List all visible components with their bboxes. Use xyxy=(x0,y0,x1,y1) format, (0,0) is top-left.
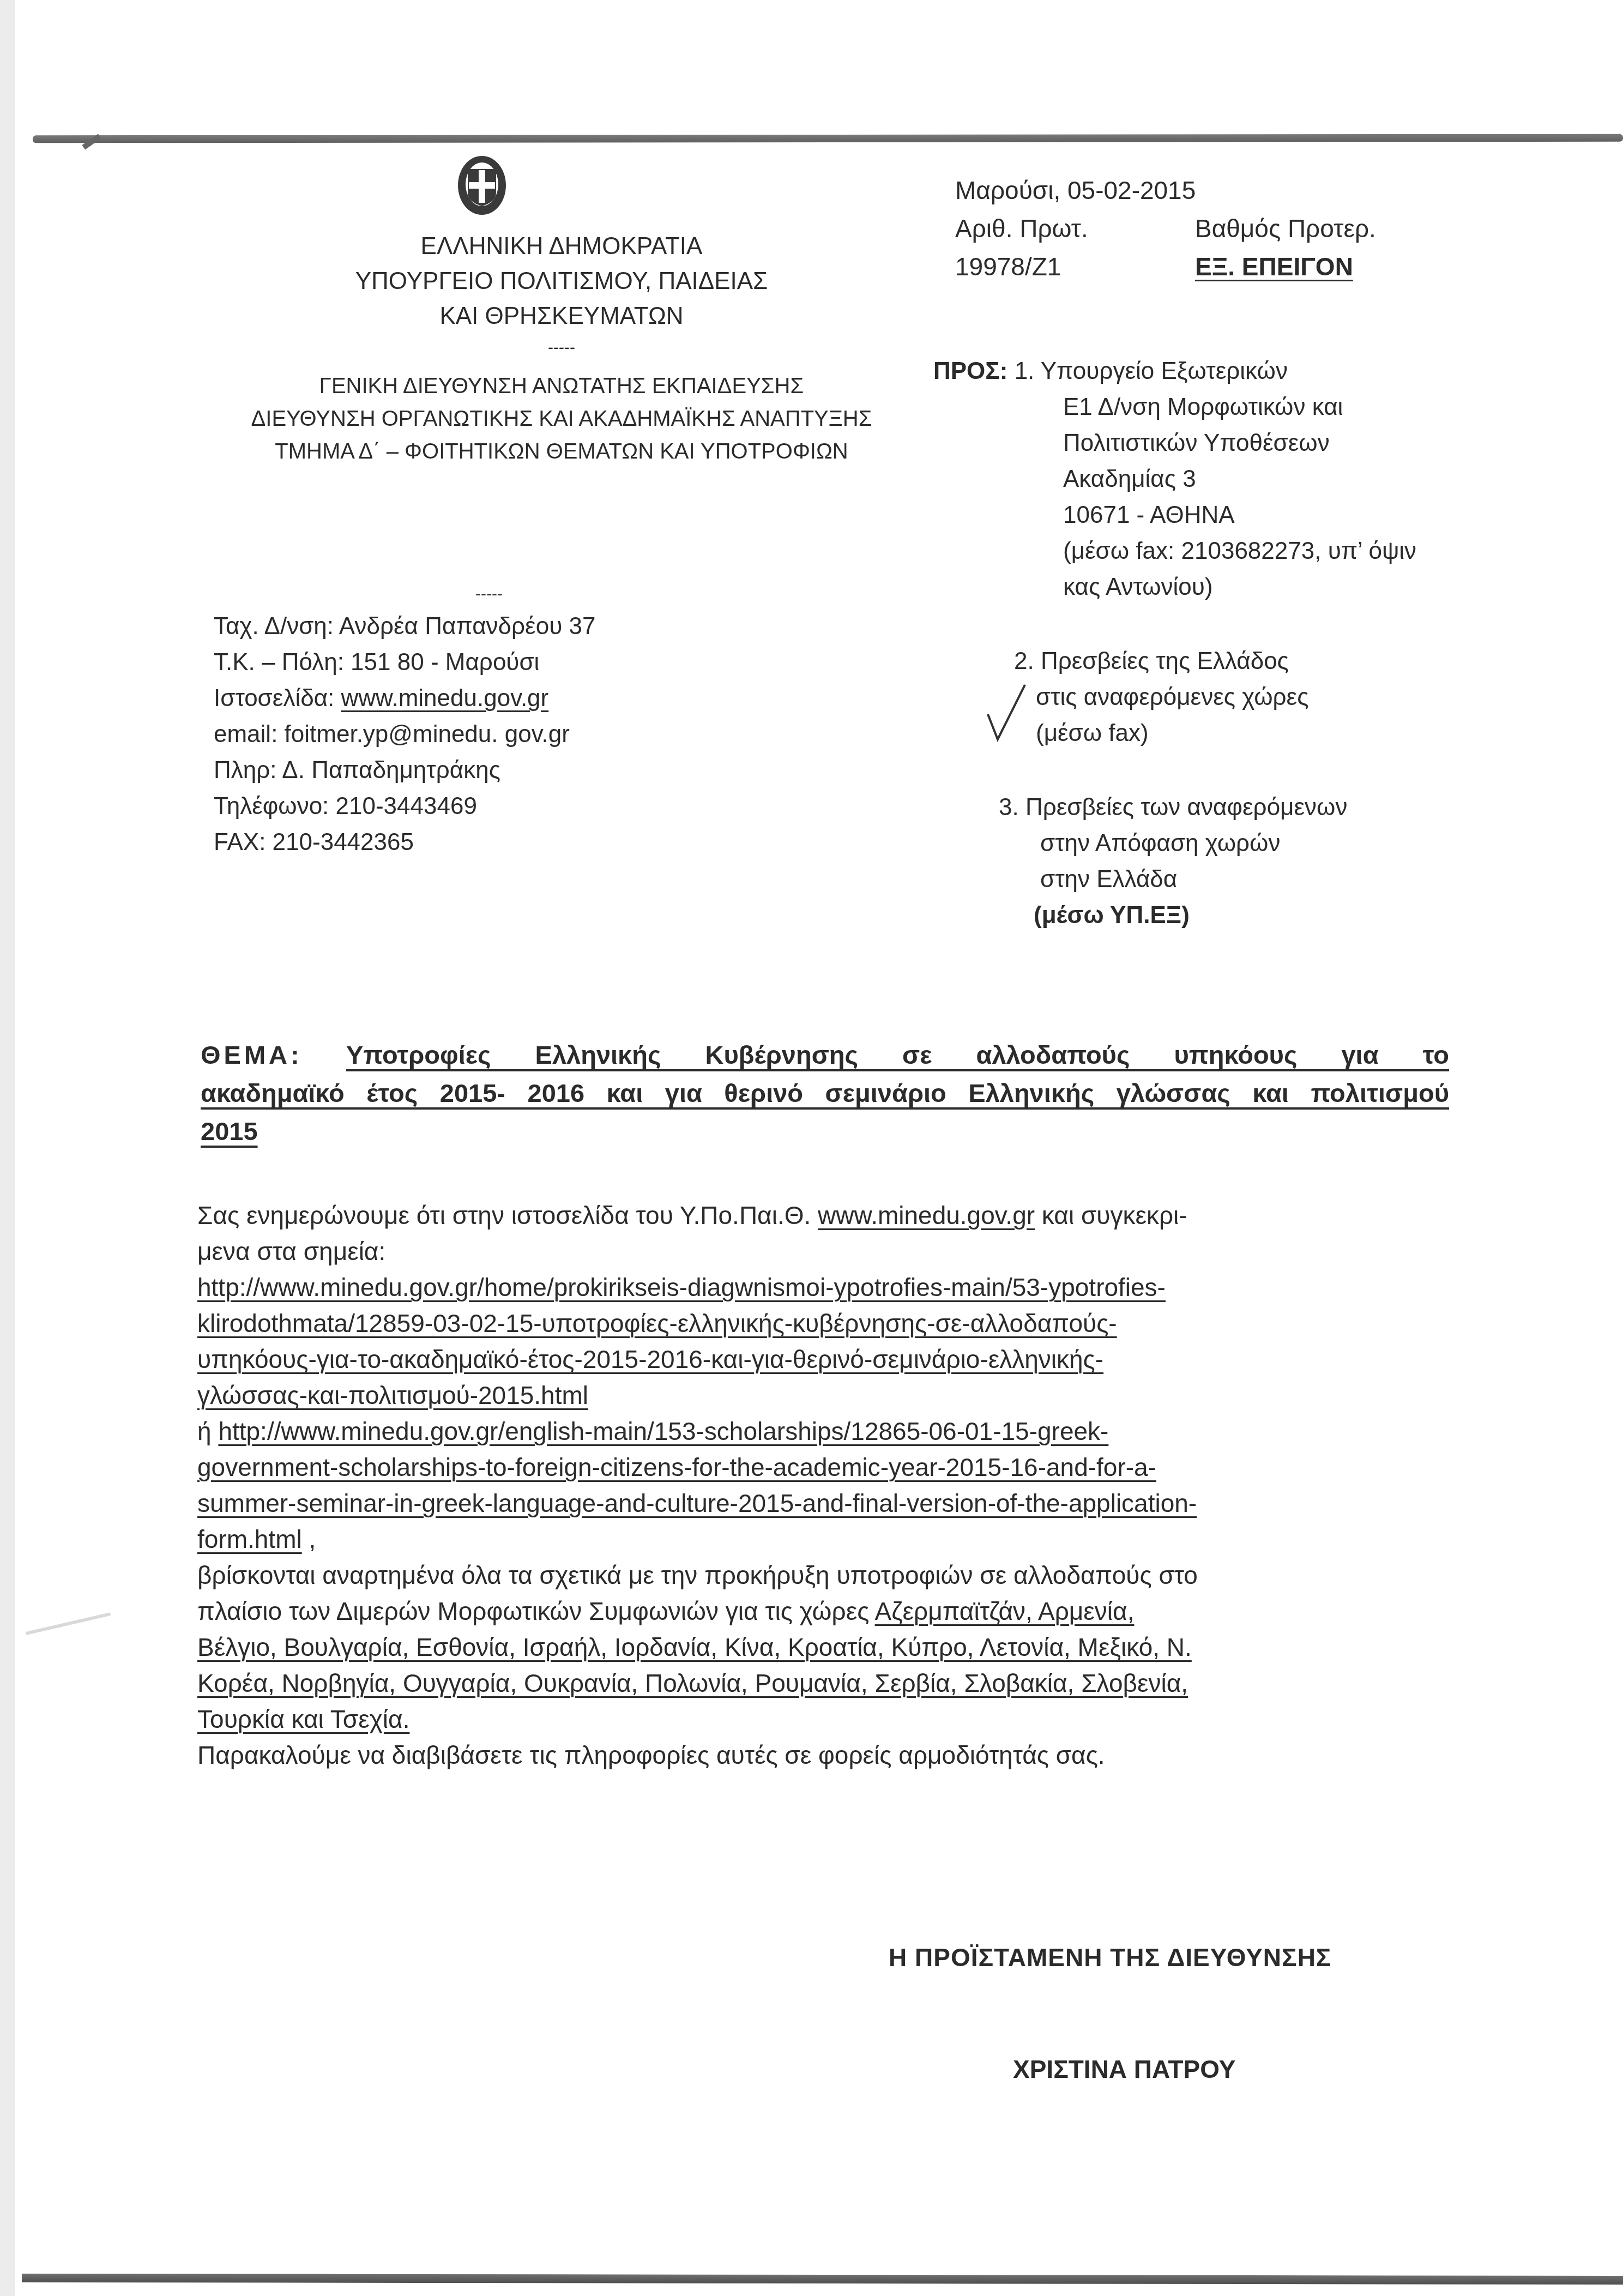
postal-address: Ταχ. Δ/νση: Ανδρέα Παπανδρέου 37 xyxy=(214,608,595,644)
letterhead: ΕΛΛΗΝΙΚΗ ΔΗΜΟΚΡΑΤΙΑ ΥΠΟΥΡΓΕΙΟ ΠΟΛΙΤΙΣΜΟΥ… xyxy=(207,229,916,468)
recipient-3-line: (μέσω ΥΠ.ΕΞ) xyxy=(933,897,1416,933)
document-meta: Μαρούσι, 05-02-2015 Αριθ. Πρωτ.Βαθμός Πρ… xyxy=(955,171,1376,286)
recipient-2: 2. Πρεσβείες της Ελλάδος xyxy=(933,643,1416,679)
subject: ΘΕΜΑ: Υποτροφίες Ελληνικής Κυβέρνησης σε… xyxy=(201,1036,1449,1150)
place-date: Μαρούσι, 05-02-2015 xyxy=(955,171,1196,209)
body-text: ή xyxy=(197,1417,218,1445)
email: email: foitmer.yp@minedu. gov.gr xyxy=(214,716,595,752)
protocol-number: 19978/Ζ1 xyxy=(955,248,1195,286)
ministry-name: ΥΠΟΥΡΓΕΙΟ ΠΟΛΙΤΙΣΜΟΥ, ΠΑΙΔΕΙΑΣ xyxy=(207,264,916,299)
letter-body: Σας ενημερώνουμε ότι στην ιστοσελίδα του… xyxy=(197,1197,1451,1773)
subject-text: 2015 xyxy=(201,1117,258,1146)
signatory-name: ΧΡΙΣΤΙΝΑ ΠΑΤΡΟΥ xyxy=(1013,2054,1235,2084)
url-link-2[interactable]: government-scholarships-to-foreign-citiz… xyxy=(197,1449,1451,1485)
priority-label: Βαθμός Προτερ. xyxy=(1195,209,1376,248)
recipient-1-line: Πολιτιστικών Υποθέσεων xyxy=(933,425,1416,461)
recipient-1-line: Ε1 Δ/νση Μορφωτικών και xyxy=(933,389,1416,425)
url-link-2[interactable]: http://www.minedu.gov.gr/english-main/15… xyxy=(218,1417,1108,1445)
recipient-3-line: στην Ελλάδα xyxy=(933,861,1416,897)
body-text: και συγκεκρι- xyxy=(1035,1201,1187,1230)
body-text: μενα στα σημεία: xyxy=(197,1233,1451,1269)
recipient-1-line: 10671 - ΑΘΗΝΑ xyxy=(933,497,1416,533)
phone: Τηλέφωνο: 210-3443469 xyxy=(214,788,595,824)
protocol-label: Αριθ. Πρωτ. xyxy=(955,209,1195,248)
recipient-3-line: στην Απόφαση χωρών xyxy=(933,825,1416,861)
ministry-name-cont: ΚΑΙ ΘΡΗΣΚΕΥΜΑΤΩΝ xyxy=(207,299,916,334)
postal-code-city: Τ.Κ. – Πόλη: 151 80 - Μαρούσι xyxy=(214,644,595,680)
separator: ----- xyxy=(207,337,916,359)
recipient-1-line: κας Αντωνίου) xyxy=(933,569,1416,605)
body-text: βρίσκονται αναρτημένα όλα τα σχετικά με … xyxy=(197,1557,1451,1593)
priority-value: ΕΞ. ΕΠΕΙΓΟΝ xyxy=(1195,248,1353,286)
scan-bottom-edge xyxy=(22,2274,1623,2285)
country-list: Αζερμπαϊτζάν, Αρμενία, xyxy=(875,1597,1135,1625)
url-link-1[interactable]: klirodothmata/12859-03-02-15-υποτροφίες-… xyxy=(197,1305,1451,1341)
department: ΤΜΗΜΑ Δ΄ – ΦΟΙΤΗΤΙΚΩΝ ΘΕΜΑΤΩΝ ΚΑΙ ΥΠΟΤΡΟ… xyxy=(207,435,916,468)
url-link-2[interactable]: summer-seminar-in-greek-language-and-cul… xyxy=(197,1485,1451,1521)
subject-text: ακαδημαϊκό έτος 2015- 2016 και για θεριν… xyxy=(201,1074,1449,1112)
recipient-1-line: (μέσω fax: 2103682273, υπ’ όψιν xyxy=(933,533,1416,569)
website-label: Ιστοσελίδα: xyxy=(214,685,341,712)
body-text: , xyxy=(302,1525,316,1553)
recipients-label: ΠΡΟΣ: xyxy=(933,358,1007,384)
url-link-2[interactable]: form.html xyxy=(197,1525,302,1553)
separator: ----- xyxy=(214,583,595,605)
fax: FAX: 210-3442365 xyxy=(214,824,595,860)
website-link[interactable]: www.minedu.gov.gr xyxy=(341,685,549,712)
url-link-1[interactable]: υπηκόους-για-το-ακαδημαϊκό-έτος-2015-201… xyxy=(197,1341,1451,1377)
closing-text: Παρακαλούμε να διαβιβάσετε τις πληροφορί… xyxy=(197,1737,1451,1773)
recipient-3: 3. Πρεσβείες των αναφερόμενων xyxy=(933,790,1416,825)
body-text: Σας ενημερώνουμε ότι στην ιστοσελίδα του… xyxy=(197,1201,818,1230)
general-directorate: ΓΕΝΙΚΗ ΔΙΕΥΘΥΝΣΗ ΑΝΩΤΑΤΗΣ ΕΚΠΑΙΔΕΥΣΗΣ xyxy=(207,370,916,402)
subject-text: Υποτροφίες Ελληνικής Κυβέρνησης σε αλλοδ… xyxy=(346,1040,1449,1069)
recipient-1: 1. Υπουργείο Εξωτερικών xyxy=(1015,358,1288,384)
country-list: Τουρκία και Τσεχία. xyxy=(197,1701,1451,1737)
directorate: ΔΙΕΥΘΥΝΣΗ ΟΡΓΑΝΩΤΙΚΗΣ ΚΑΙ ΑΚΑΔΗΜΑΪΚΗΣ ΑΝ… xyxy=(207,402,916,435)
scan-margin xyxy=(0,0,15,2296)
url-link-1[interactable]: http://www.minedu.gov.gr/home/prokirikse… xyxy=(197,1269,1451,1305)
country-list: Κορέα, Νορβηγία, Ουγγαρία, Ουκρανία, Πολ… xyxy=(197,1665,1451,1701)
recipient-1-line: Ακαδημίας 3 xyxy=(933,461,1416,497)
contact-block: ----- Ταχ. Δ/νση: Ανδρέα Παπανδρέου 37 Τ… xyxy=(214,583,595,860)
country-name: ΕΛΛΗΝΙΚΗ ΔΗΜΟΚΡΑΤΙΑ xyxy=(207,229,916,264)
scan-smudge xyxy=(25,1612,111,1635)
subject-label: ΘΕΜΑ: xyxy=(201,1040,303,1069)
greek-coat-of-arms-icon xyxy=(456,154,508,219)
website-link[interactable]: www.minedu.gov.gr xyxy=(818,1201,1035,1230)
body-text: πλαίσιο των Διμερών Μορφωτικών Συμφωνιών… xyxy=(197,1597,875,1625)
signatory-title: Η ΠΡΟΪΣΤΑΜΕΝΗ ΤΗΣ ΔΙΕΥΘΥΝΣΗΣ xyxy=(889,1943,1331,1972)
url-link-1[interactable]: γλώσσας-και-πολιτισμού-2015.html xyxy=(197,1377,1451,1413)
website-row: Ιστοσελίδα: www.minedu.gov.gr xyxy=(214,680,595,716)
handwritten-check-icon xyxy=(986,683,1029,743)
contact-person: Πληρ: Δ. Παπαδημητράκης xyxy=(214,752,595,788)
scan-top-edge xyxy=(33,134,1623,143)
country-list: Βέλγιο, Βουλγαρία, Εσθονία, Ισραήλ, Ιορδ… xyxy=(197,1629,1451,1665)
recipients: ΠΡΟΣ: 1. Υπουργείο Εξωτερικών Ε1 Δ/νση Μ… xyxy=(933,353,1416,933)
